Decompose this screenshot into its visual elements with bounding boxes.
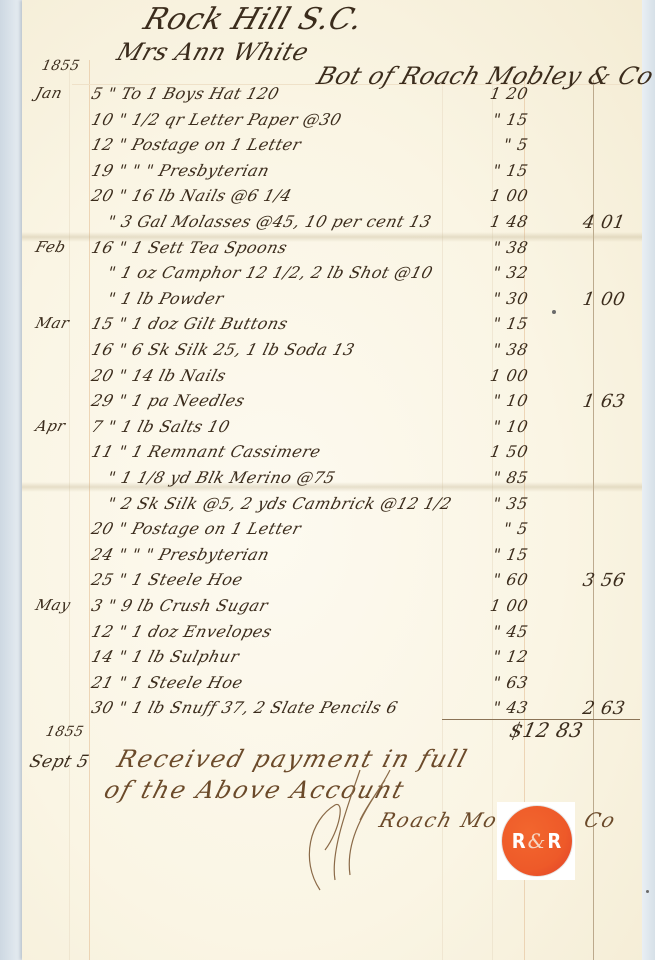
invoice-customer: Mrs Ann White <box>113 38 312 66</box>
entry-description: 30 " 1 lb Snuff 37, 2 Slate Pencils 6 <box>89 698 400 717</box>
entry-description: 3 " 9 lb Crush Sugar <box>89 596 270 615</box>
paper-speck <box>552 310 556 314</box>
entry-subtotal: 3 56 <box>553 570 627 591</box>
entry-amount: " 10 <box>466 391 529 410</box>
scan-background-right <box>642 0 655 960</box>
entry-description: 19 " " " Presbyterian <box>89 161 271 180</box>
receipt-date: Sept 5 <box>27 752 91 772</box>
rr-logo-icon: R&R <box>502 806 572 876</box>
invoice-place: Rock Hill S.C. <box>139 2 367 37</box>
entry-amount: " 5 <box>466 135 529 154</box>
entry-amount: 1 48 <box>466 212 529 231</box>
entry-amount: " 15 <box>466 110 529 129</box>
entry-description: 20 " 16 lb Nails @6 1/4 <box>89 186 293 205</box>
entry-description: 15 " 1 doz Gilt Buttons <box>89 314 290 333</box>
entry-subtotal: 1 00 <box>553 289 627 310</box>
entry-amount: " 63 <box>466 673 529 692</box>
entry-amount: " 15 <box>466 545 529 564</box>
entry-subtotal: 2 63 <box>553 698 627 719</box>
entry-amount: 1 20 <box>466 84 529 103</box>
entry-month: Jan <box>34 84 93 102</box>
entry-description: 11 " 1 Remnant Cassimere <box>89 442 323 461</box>
entry-amount: " 38 <box>466 238 529 257</box>
entry-description: 12 " Postage on 1 Letter <box>89 135 303 154</box>
entry-amount: 1 00 <box>466 366 529 385</box>
entry-description: " 2 Sk Silk @5, 2 yds Cambrick @12 1/2 <box>105 494 454 513</box>
entry-description: 16 " 1 Sett Tea Spoons <box>89 238 289 257</box>
entry-description: 21 " 1 Steele Hoe <box>89 673 245 692</box>
entry-description: " 1 lb Powder <box>105 289 226 308</box>
scan-background-left <box>0 0 22 960</box>
entry-amount: 1 00 <box>466 186 529 205</box>
entry-month: Apr <box>34 417 93 435</box>
receipt-year: 1855 <box>44 724 85 740</box>
entry-description: 29 " 1 pa Needles <box>89 391 247 410</box>
paper-speck <box>646 890 649 893</box>
entry-amount: " 43 <box>466 698 529 717</box>
entry-month: May <box>34 596 93 614</box>
entry-description: 25 " 1 Steele Hoe <box>89 570 245 589</box>
entry-amount: " 12 <box>466 647 529 666</box>
invoice-total: $12 83 <box>507 718 585 742</box>
entry-description: 20 " 14 lb Nails <box>89 366 228 385</box>
ruling-line <box>89 60 90 960</box>
entry-description: 12 " 1 doz Envelopes <box>89 622 274 641</box>
entry-month: Mar <box>34 314 93 332</box>
entry-amount: " 15 <box>466 161 529 180</box>
entry-amount: " 38 <box>466 340 529 359</box>
entry-subtotal: 1 63 <box>553 391 627 412</box>
entry-description: 16 " 6 Sk Silk 25, 1 lb Soda 13 <box>89 340 357 359</box>
entry-amount: " 85 <box>466 468 529 487</box>
invoice-year: 1855 <box>40 58 81 74</box>
entry-description: 10 " 1/2 qr Letter Paper @30 <box>89 110 343 129</box>
entry-description: 5 " To 1 Boys Hat 120 <box>89 84 281 103</box>
entry-amount: " 15 <box>466 314 529 333</box>
entry-description: " 1 oz Camphor 12 1/2, 2 lb Shot @10 <box>105 263 435 282</box>
entry-description: 14 " 1 lb Sulphur <box>89 647 241 666</box>
signature-flourish-icon <box>290 760 400 900</box>
entry-amount: " 10 <box>466 417 529 436</box>
entry-description: " 1 1/8 yd Blk Merino @75 <box>105 468 337 487</box>
entry-amount: " 60 <box>466 570 529 589</box>
entry-description: 7 " 1 lb Salts 10 <box>89 417 232 436</box>
entry-description: 20 " Postage on 1 Letter <box>89 519 303 538</box>
entry-amount: " 32 <box>466 263 529 282</box>
rr-logo-badge: R&R <box>497 802 575 880</box>
entry-amount: 1 00 <box>466 596 529 615</box>
entry-month: Feb <box>34 238 93 256</box>
entry-amount: " 35 <box>466 494 529 513</box>
entry-description: " 3 Gal Molasses @45, 10 per cent 13 <box>105 212 433 231</box>
entry-subtotal: 4 01 <box>553 212 627 233</box>
ruling-line <box>69 70 70 960</box>
entry-amount: 1 50 <box>466 442 529 461</box>
entry-amount: " 5 <box>466 519 529 538</box>
entry-amount: " 30 <box>466 289 529 308</box>
entry-amount: " 45 <box>466 622 529 641</box>
entry-description: 24 " " " Presbyterian <box>89 545 271 564</box>
